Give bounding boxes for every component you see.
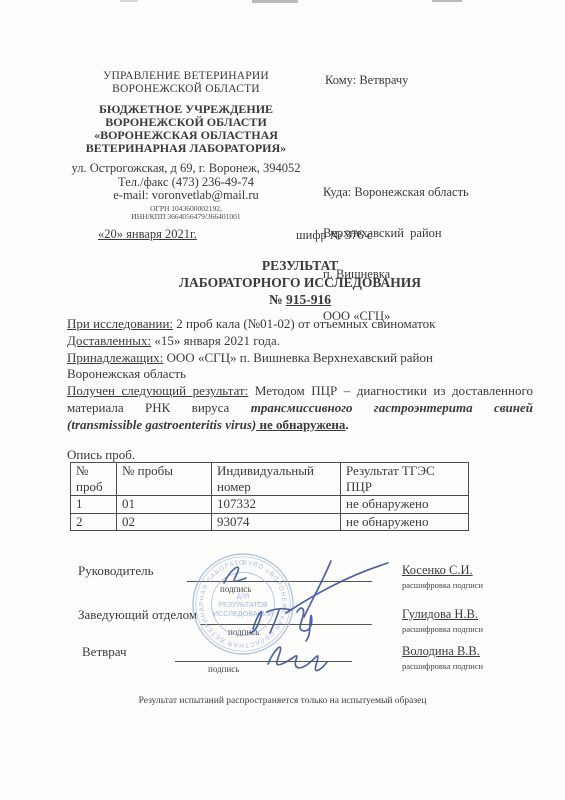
table-cell: 93074: [212, 513, 341, 531]
belonging-line-2: Воронежская область: [67, 366, 533, 383]
table-header-cell: № проб: [71, 463, 117, 496]
document-page: УПРАВЛЕНИЕ ВЕТЕРИНАРИИ ВОРОНЕЖСКОЙ ОБЛАС…: [0, 0, 565, 800]
title-number-prefix: №: [269, 292, 286, 307]
sender-phone: Тел./факс (473) 236-49-74: [60, 176, 312, 190]
table-cell: не обнаружено: [341, 513, 469, 531]
stamp-center-line: ИССЛЕДОВАНИЙ: [213, 609, 273, 618]
signature-decode: расшифровка подписи: [402, 661, 483, 671]
signature-name: Гулидова Н.В.: [402, 607, 478, 622]
belonging-text: ООО «СГЦ» п. Вишневка Верхнехавский райо…: [163, 350, 433, 365]
footer-note: Результат испытаний распространяется тол…: [0, 696, 565, 706]
signature-role: Ветврач: [82, 644, 127, 660]
signature-decode: расшифровка подписи: [402, 624, 483, 634]
sender-email: e-mail: voronvetlab@mail.ru: [60, 189, 312, 203]
signature-stroke-head: [286, 563, 388, 613]
belonging-label: Принадлежащих:: [67, 350, 163, 365]
sender-block: УПРАВЛЕНИЕ ВЕТЕРИНАРИИ ВОРОНЕЖСКОЙ ОБЛАС…: [60, 70, 312, 222]
table-cell: 01: [117, 496, 212, 514]
result-text: Методом ПЦР – диагностики из доставленно…: [255, 383, 533, 398]
table-cell: 2: [71, 513, 117, 531]
document-cipher: шифр № 376 с: [296, 228, 372, 243]
result-line-1: Получен следующий результат: Методом ПЦР…: [67, 383, 533, 400]
signature-role: Руководитель: [78, 563, 154, 579]
stamp-center-line: РЕЗУЛЬТАТОВ: [218, 600, 268, 609]
title-line: РЕЗУЛЬТАТ: [67, 257, 533, 274]
signature-line: [175, 661, 352, 662]
table-header-row: № проб № пробы Индивидуальный номер Резу…: [71, 463, 469, 496]
organization-line: ВЕТЕРИНАРНАЯ ЛАБОРАТОРИЯ»: [60, 142, 312, 155]
stamp-outer-ring-2: [196, 557, 290, 651]
samples-caption: Опись проб.: [67, 447, 135, 463]
sender-registration: ОГРН 1043600002192, ИНН/КПП 3664056479/3…: [60, 205, 312, 222]
stamp-outer-ring: [193, 554, 293, 654]
recipient-address-line: Куда: Воронежская область: [323, 186, 469, 200]
result-line-3: (transmissible gastroenteritis virus) не…: [67, 417, 533, 434]
table-header-cell: Результат ТГЭС ПЦР: [341, 463, 469, 496]
table-header-cell: № пробы: [117, 463, 212, 496]
scan-artifact: [252, 0, 298, 3]
scan-artifact: [120, 0, 138, 2]
signature-caption: подпись: [208, 664, 239, 674]
research-line: При исследовании: 2 проб кала (№01-02) о…: [67, 316, 533, 333]
title-number: № 915-916: [67, 291, 533, 308]
delivered-label: Доставленных:: [67, 333, 151, 348]
department-line: УПРАВЛЕНИЕ ВЕТЕРИНАРИИ: [60, 70, 312, 83]
result-virus-name-ru: трансмиссивного гастроэнтерита свиней: [251, 400, 533, 415]
department-line: ВОРОНЕЖСКОЙ ОБЛАСТИ: [60, 83, 312, 96]
title-number-value: 915-916: [286, 292, 331, 307]
signature-name: Володина В.В.: [402, 644, 480, 659]
table-cell: 02: [117, 513, 212, 531]
signature-stroke-head: [304, 561, 331, 617]
result-line-2: материала РНК вируса трансмиссивного гас…: [67, 400, 533, 417]
samples-table: № проб № пробы Индивидуальный номер Резу…: [70, 462, 469, 531]
belonging-line: Принадлежащих: ООО «СГЦ» п. Вишневка Вер…: [67, 350, 533, 367]
signature-caption: подпись: [220, 584, 251, 594]
signature-role: Заведующий отделом: [78, 607, 197, 623]
result-period: .: [345, 417, 348, 432]
research-label: При исследовании:: [67, 316, 173, 331]
sender-contacts: ул. Острогожская, д 69, г. Воронеж, 3940…: [60, 162, 312, 203]
document-date: «20» января 2021г.: [98, 227, 197, 242]
signature-line: [200, 624, 372, 625]
signature-line: [187, 581, 372, 582]
stamp-center-line: ДЛЯ: [237, 593, 250, 600]
signature-stroke-vet: [268, 647, 327, 670]
signature-name: Косенко С.И.: [402, 563, 473, 578]
table-header-cell: Индивидуальный номер: [212, 463, 341, 496]
signature-stroke-department: [267, 609, 291, 633]
table-row: 2 02 93074 не обнаружено: [71, 513, 469, 531]
result-virus-name-en: (transmissible gastroenteritis virus): [67, 417, 256, 432]
signature-decode: расшифровка подписи: [402, 580, 483, 590]
table-cell: 107332: [212, 496, 341, 514]
delivered-text: «15» января 2021 года.: [151, 333, 280, 348]
result-text: материала РНК вируса: [67, 400, 229, 415]
stamp-center-text: ДЛЯ РЕЗУЛЬТАТОВ ИССЛЕДОВАНИЙ: [213, 593, 273, 618]
document-title: РЕЗУЛЬТАТ ЛАБОРАТОРНОГО ИССЛЕДОВАНИЯ № 9…: [67, 257, 533, 308]
sender-address: ул. Острогожская, д 69, г. Воронеж, 3940…: [60, 162, 312, 176]
table-cell: не обнаружено: [341, 496, 469, 514]
result-label: Получен следующий результат:: [67, 383, 248, 398]
department-name: УПРАВЛЕНИЕ ВЕТЕРИНАРИИ ВОРОНЕЖСКОЙ ОБЛАС…: [60, 70, 312, 95]
result-not-detected: не обнаружена: [256, 417, 345, 432]
sender-inn: ИНН/КПП 3664056479/366401001: [60, 213, 312, 222]
signature-caption: подпись: [228, 627, 259, 637]
organization-name: БЮДЖЕТНОЕ УЧРЕЖДЕНИЕ ВОРОНЕЖСКОЙ ОБЛАСТИ…: [60, 103, 312, 155]
table-row: 1 01 107332 не обнаружено: [71, 496, 469, 514]
table-cell: 1: [71, 496, 117, 514]
delivered-line: Доставленных: «15» января 2021 года.: [67, 333, 533, 350]
round-stamp: [193, 554, 293, 654]
scan-artifact: [432, 0, 462, 2]
title-line: ЛАБОРАТОРНОГО ИССЛЕДОВАНИЯ: [67, 274, 533, 291]
recipient-to: Кому: Ветврачу: [325, 73, 408, 88]
document-body: При исследовании: 2 проб кала (№01-02) о…: [67, 316, 533, 434]
research-text: 2 проб кала (№01-02) от отъемных свинома…: [173, 316, 435, 331]
